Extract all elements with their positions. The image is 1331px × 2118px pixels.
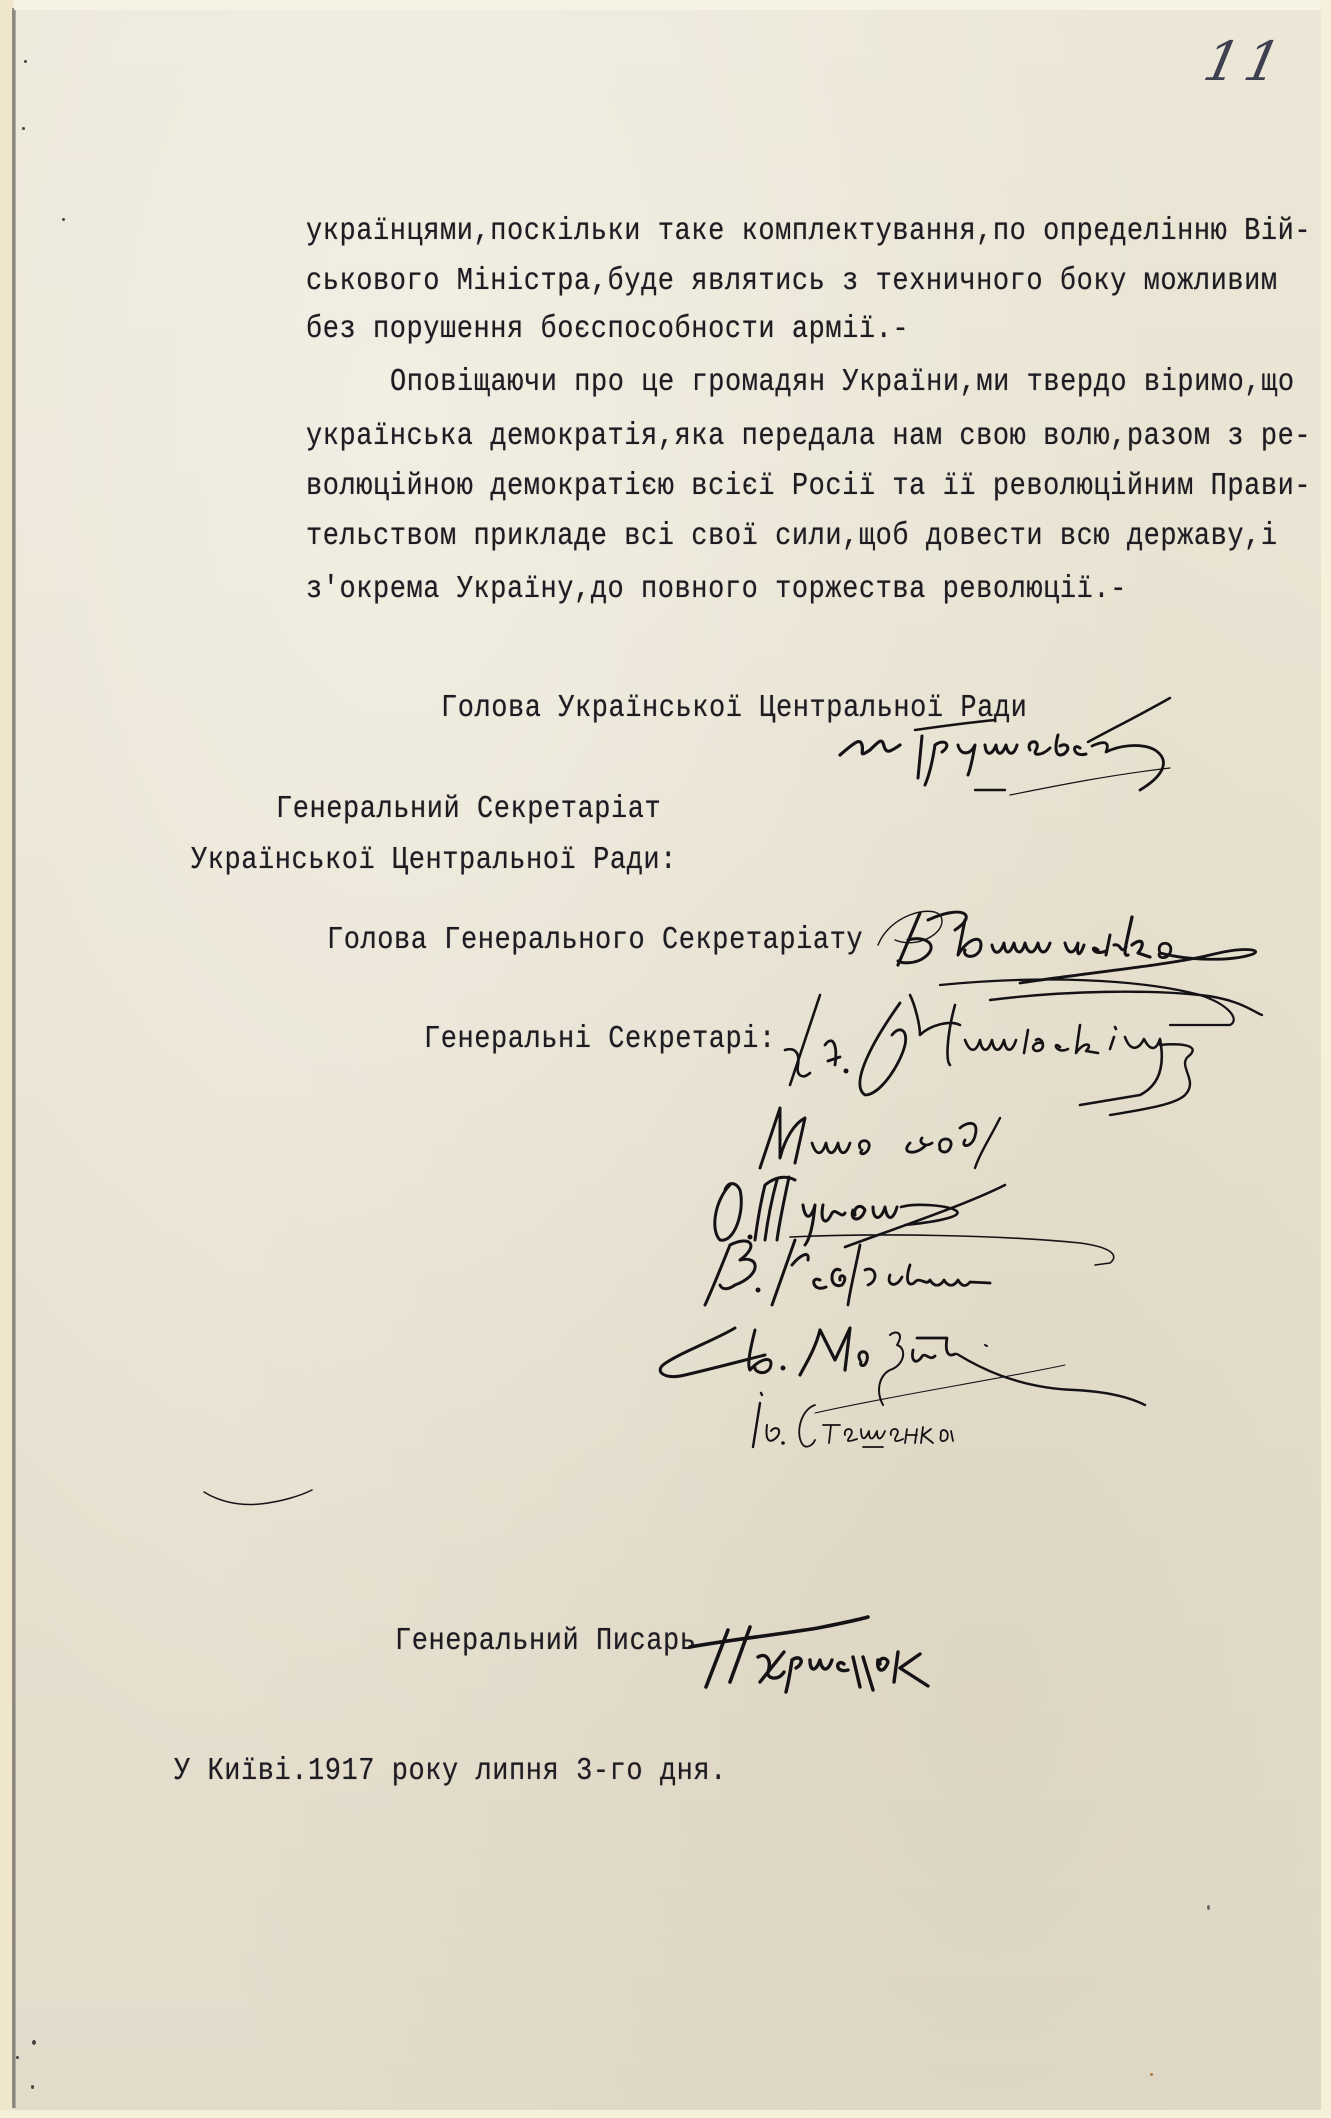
signature-sadovsky — [700, 1235, 1130, 1310]
body-line: Оповіщаючи про це громадян України,ми тв… — [390, 365, 1295, 400]
paper-speck — [1207, 1905, 1210, 1910]
date-line: У Київі.1917 року липня 3-го дня. — [174, 1754, 727, 1789]
paper-speck — [1150, 2073, 1153, 2076]
scribe-label: Генеральний Писарь — [395, 1624, 697, 1659]
body-line: українцями,поскільки таке комплектування… — [306, 214, 1311, 249]
paper-speck — [22, 127, 25, 130]
signature-hrushevsky — [810, 690, 1210, 800]
body-line: тельством прикладе всі свої сили,щоб дов… — [306, 519, 1278, 554]
signature-steshenko — [745, 1385, 1005, 1455]
secretariat-head-label: Голова Генерального Секретаріату — [327, 923, 863, 958]
pencil-mark — [200, 1488, 320, 1510]
body-line: українська демократія,яка передала нам с… — [306, 419, 1311, 454]
secretariat-label-line2: Української Центральної Ради: — [191, 843, 677, 878]
paper-speck — [32, 2040, 36, 2045]
body-line: з'окрема Україну,до повного торжества ре… — [306, 572, 1127, 607]
signature-secretary-2 — [750, 1098, 1130, 1173]
paper-speck — [24, 60, 27, 63]
paper-speck — [31, 2085, 34, 2089]
body-line: волюційною демократією всієї Росії та її… — [306, 469, 1311, 504]
signature-khrystiuk — [688, 1612, 948, 1702]
body-line: без порушення боєспособности армії.- — [306, 312, 909, 347]
page-fold-line — [12, 8, 16, 2108]
paper-speck — [16, 2056, 19, 2059]
secretaries-label: Генеральні Секретарі: — [424, 1022, 776, 1057]
body-line: ськового Міністра,буде являтись з технич… — [306, 264, 1278, 299]
page-number: 11 — [1198, 30, 1292, 93]
page-top-edge — [14, 0, 1321, 10]
paper-speck — [62, 218, 65, 221]
secretariat-label-line1: Генеральний Секретаріат — [276, 792, 661, 827]
